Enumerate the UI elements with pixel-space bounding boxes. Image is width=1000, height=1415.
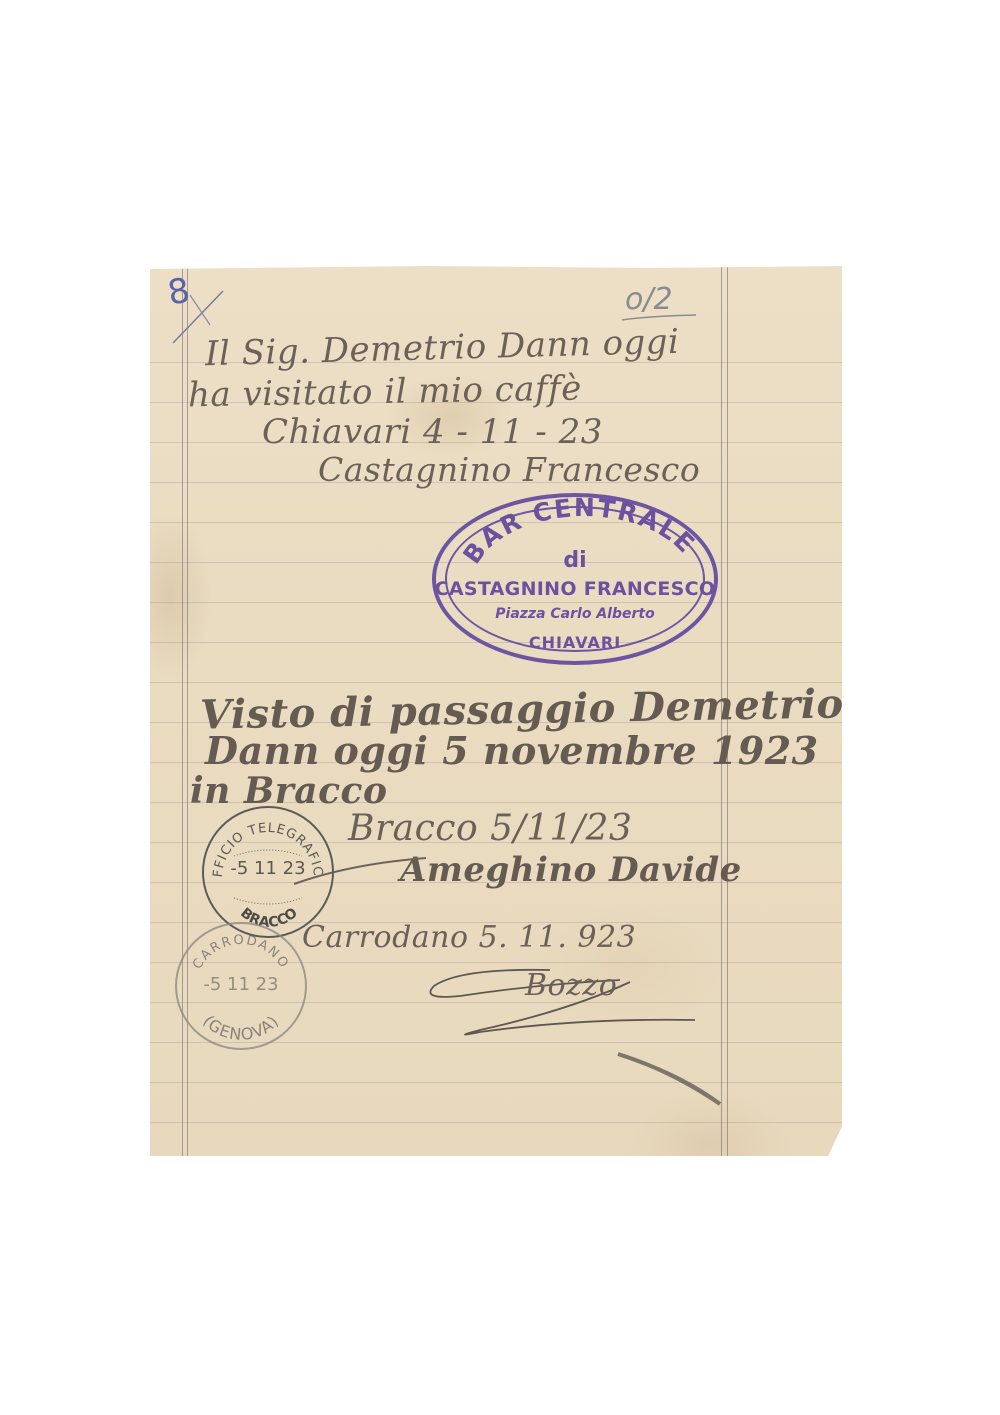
stamp-address: Piazza Carlo Alberto <box>432 606 718 622</box>
handwritten-date: Carrodano 5. 11. 923 <box>302 920 636 955</box>
postmark-carrodano: CARRODANO (GENOVA) -5 11 23 <box>175 922 307 1050</box>
handwritten-line: ha visitato il mio caffè <box>188 369 582 416</box>
postmark-bracco: UFFICIO TELEGRAFICO BRACCO -5 11 23 <box>202 806 334 938</box>
handwritten-date: Bracco 5/11/23 <box>348 808 632 849</box>
signature-bozzo: Bozzo <box>525 968 617 1003</box>
stamp-owner-name: CASTAGNINO FRANCESCO <box>432 578 718 600</box>
stamp-city: CHIAVARI <box>432 633 718 652</box>
signature-ameghino: Ameghino Davide <box>400 850 742 890</box>
stamp-di: di <box>432 548 718 573</box>
handwritten-line: in Bracco <box>190 770 387 812</box>
ink-smudge <box>610 1050 730 1110</box>
svg-text:(GENOVA): (GENOVA) <box>199 1012 282 1045</box>
ruled-line <box>150 1082 842 1083</box>
postmark-date: -5 11 23 <box>177 974 305 995</box>
svg-text:CARRODANO: CARRODANO <box>190 933 292 972</box>
handwritten-line: Chiavari 4 - 11 - 23 <box>262 412 603 452</box>
ruled-line <box>150 1122 842 1123</box>
postmark-date: -5 11 23 <box>204 858 332 879</box>
signature-castagnino: Castagnino Francesco <box>318 450 700 489</box>
handwritten-line: Dann oggi 5 novembre 1923 <box>205 728 819 773</box>
